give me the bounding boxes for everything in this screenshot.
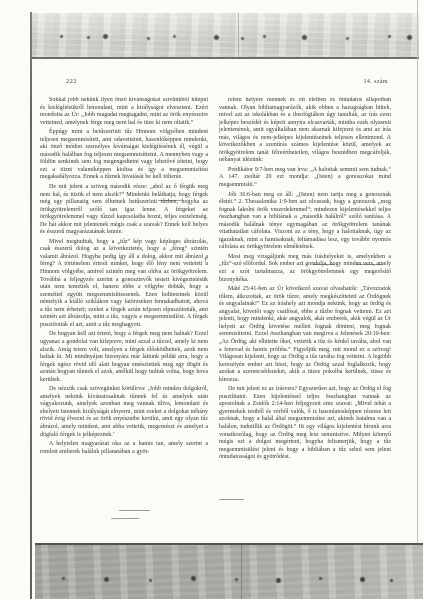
pen-mark: [119, 510, 150, 511]
pen-mark: [356, 264, 383, 265]
paragraph: Jób 36:6-ban meg ez áll: „(Isten) nem ta…: [219, 192, 391, 252]
paragraph: Éppúgy mint a betűszerinti tűz Hinnom vö…: [40, 129, 208, 182]
paragraph: De mit jelent ez az írásvers? Egyszerűen…: [219, 386, 391, 461]
running-header: 222 14. szám: [66, 78, 388, 85]
page-fold-line: [238, 13, 239, 57]
footnote-dagger-mark: †: [204, 256, 208, 264]
paragraph: Máté 25:41-ben az Úr következő szavai ol…: [219, 286, 391, 384]
paragraph: relem helyére mennek és ott életben és ö…: [219, 97, 391, 165]
text-body: Sokkal jobb nekünk ilyen önző kívánságok…: [40, 97, 391, 464]
pen-mark: [219, 499, 244, 500]
paragraph: Mivel megtudtuk, hogy a „tűz“ kép vagy k…: [40, 239, 208, 330]
pen-mark: [111, 518, 139, 519]
page-edge-line-right: [417, 0, 418, 599]
paragraph: Prédikátor 9:7-ben meg van írva: „A halo…: [219, 167, 391, 190]
paragraph: A helytelen magyarázat oka az a hamis ta…: [40, 441, 208, 456]
text-column-left: Sokkal jobb nekünk ilyen önző kívánságok…: [40, 97, 208, 464]
scan-artifact-top-band: [32, 13, 419, 59]
page-number: 222: [66, 78, 77, 85]
scanned-page: 222 14. szám Sokkal jobb nekünk ilyen ön…: [0, 0, 423, 599]
paragraph: De hogyan kell azt érteni, hogy a férgek…: [40, 331, 208, 384]
text-column-right: relem helyére mennek és ott életben és ö…: [219, 97, 391, 464]
paragraph: Most meg vizsgáljunk meg más íráshelyeke…: [219, 254, 391, 284]
paragraph: Sokkal jobb nekünk ilyen önző kívánságok…: [40, 97, 208, 127]
paragraph: De nézzük csak szövegünket körülírva: ‚J…: [40, 386, 208, 439]
paragraph: De mit jelent a szöveg második része: „a…: [40, 184, 208, 237]
scan-artifact-bottom-band: [35, 543, 423, 599]
page-edge-line-left: [30, 12, 32, 599]
perforation-dots: [60, 35, 63, 38]
perforation-dots: [62, 577, 65, 580]
pen-mark: [313, 264, 335, 265]
page-fold-line: [241, 545, 242, 599]
issue-number: 14. szám: [363, 79, 388, 85]
